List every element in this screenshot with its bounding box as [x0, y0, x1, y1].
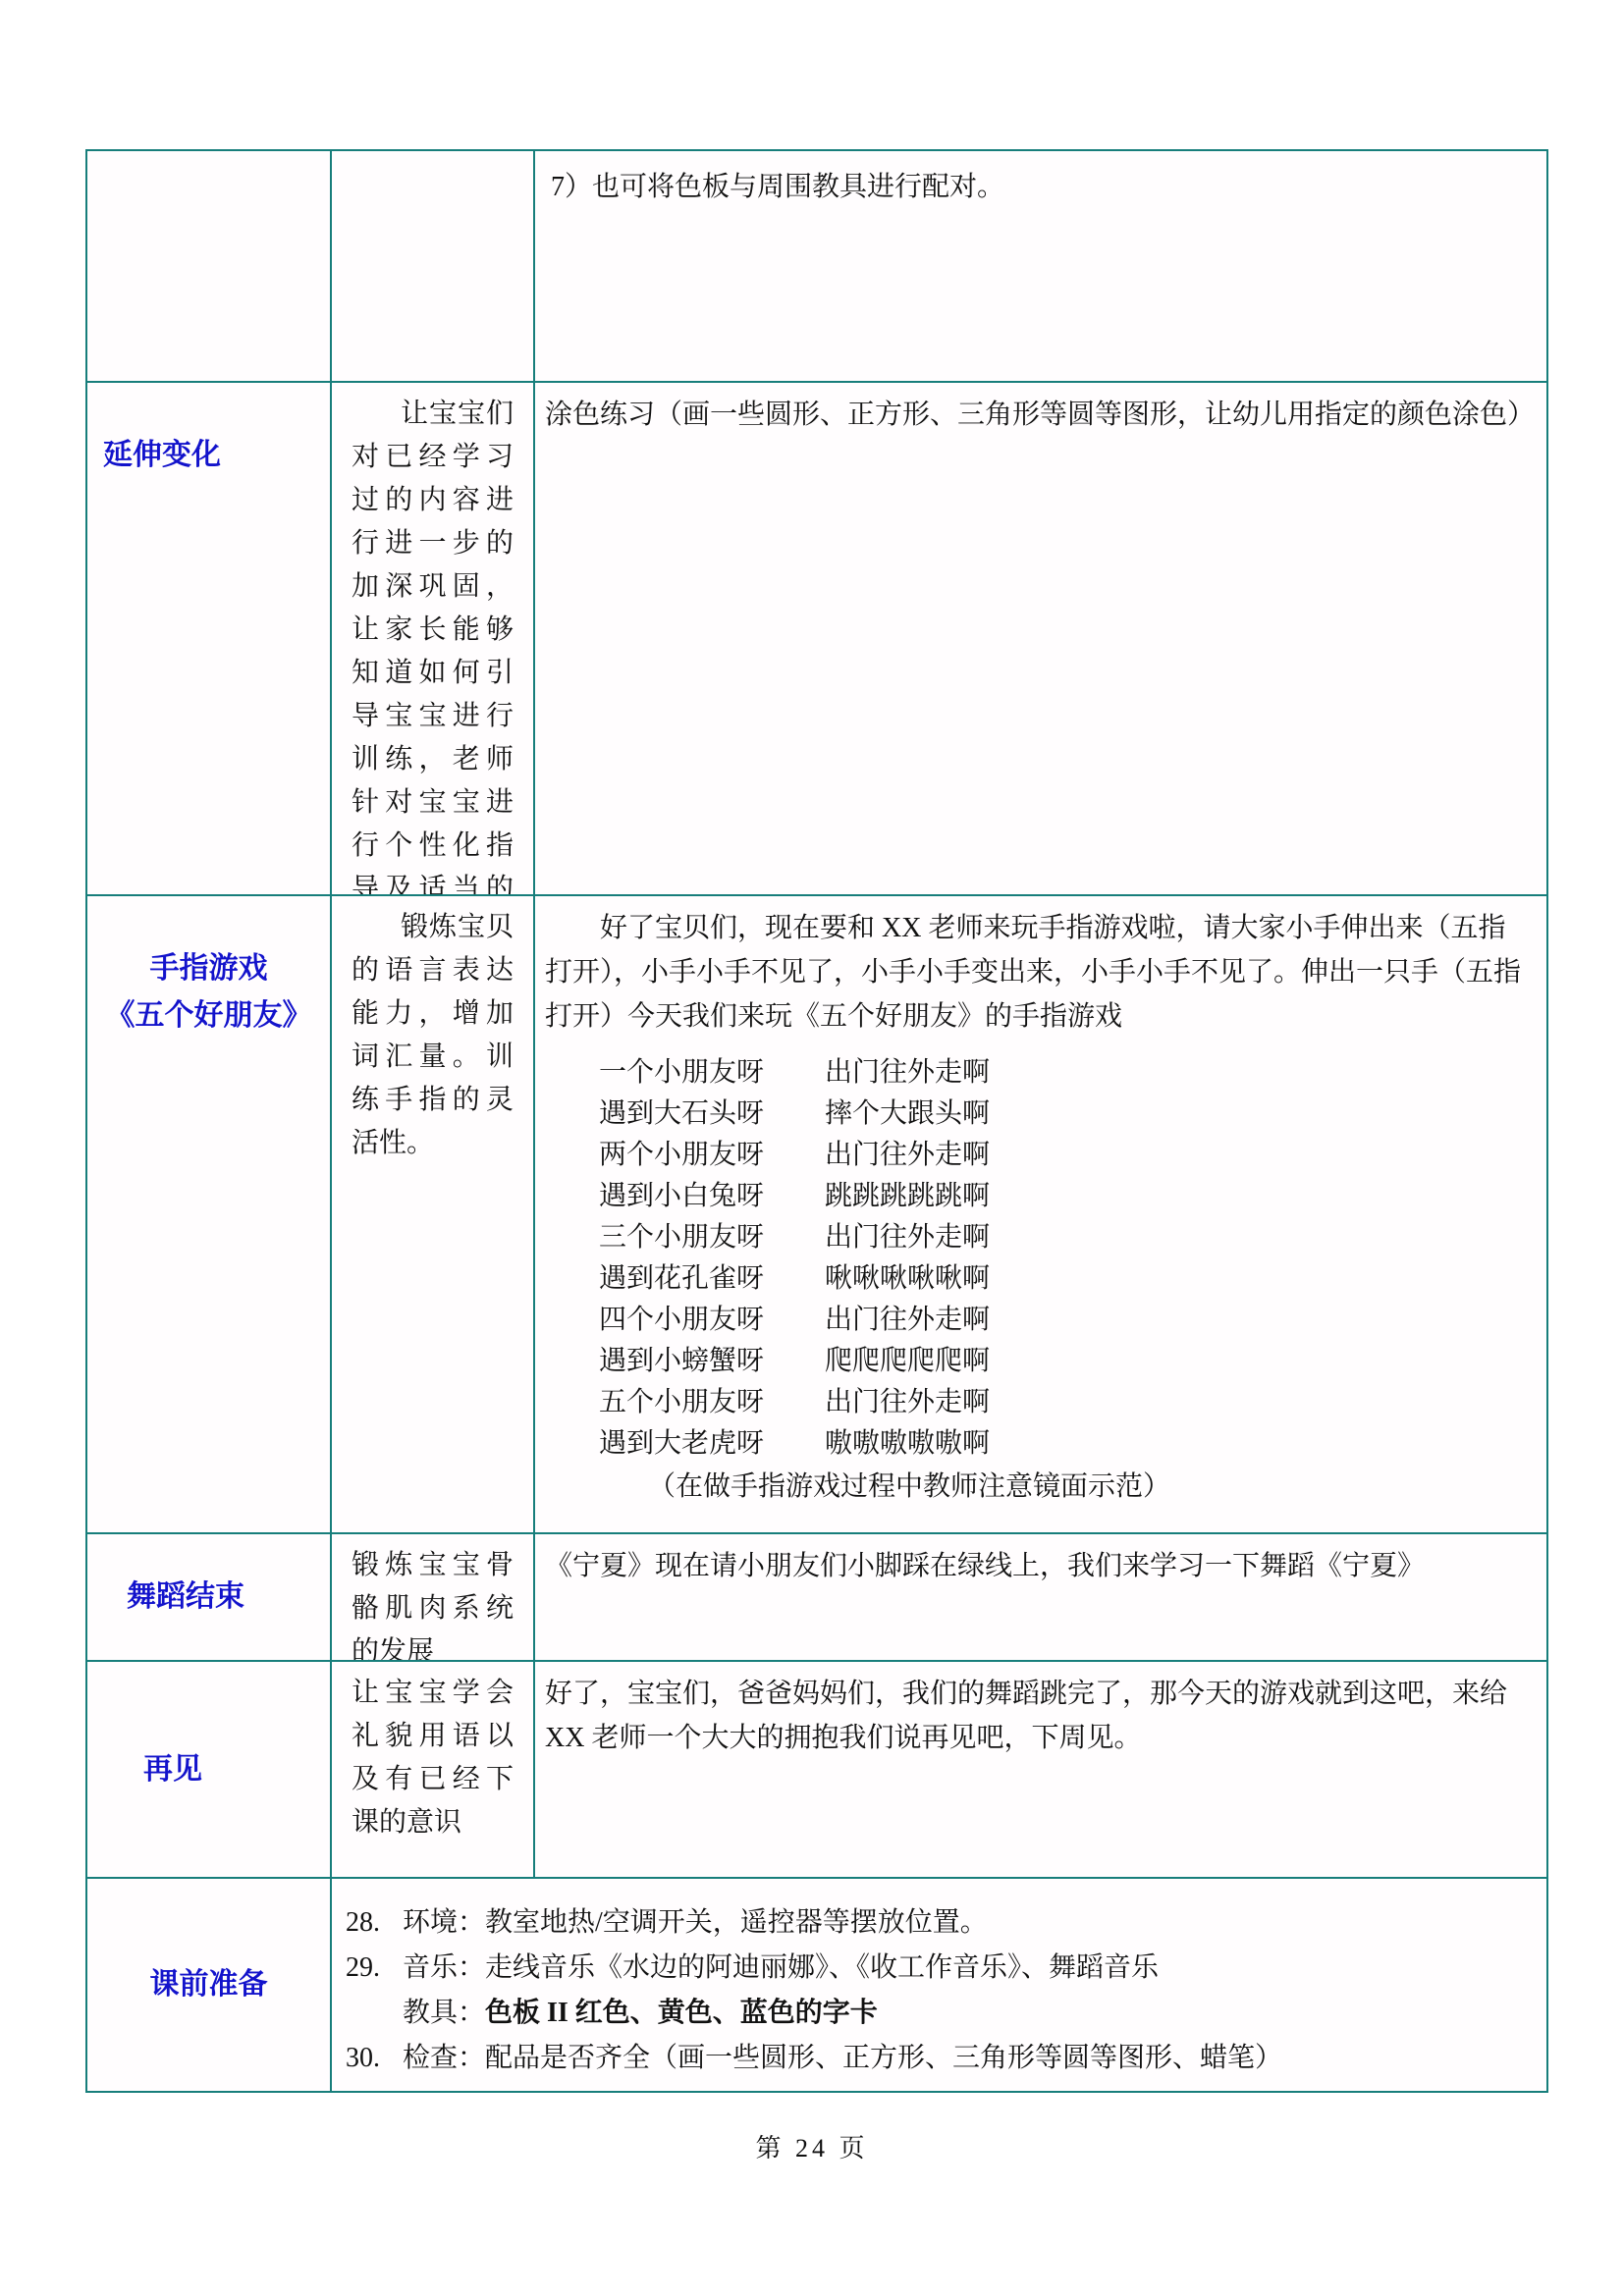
- row-preparation-label: 课前准备: [150, 1961, 268, 2008]
- rhyme-call: 遇到小白兔呀: [599, 1176, 825, 1217]
- rhyme-line: 两个小朋友呀 出门往外走啊: [545, 1135, 1533, 1176]
- row-extension-purpose: 让宝宝们对已经学习过的内容进行进一步的加深巩固，让家长能够知道如何引导宝宝进行训…: [352, 399, 514, 896]
- row-goodbye-label: 再见: [143, 1746, 202, 1793]
- row-goodbye-label-cell: 再见: [87, 1662, 332, 1879]
- rhyme-call: 一个小朋友呀: [599, 1052, 825, 1094]
- rhyme-response: 出门往外走啊: [825, 1382, 990, 1423]
- rhyme-call: 四个小朋友呀: [599, 1300, 825, 1341]
- rhyme-call: 遇到大石头呀: [599, 1094, 825, 1135]
- rhyme-call: 遇到大老虎呀: [599, 1423, 825, 1465]
- rhyme-call: 三个小朋友呀: [599, 1217, 825, 1258]
- rhyme-call: 五个小朋友呀: [599, 1382, 825, 1423]
- lesson-plan-page: 7）也可将色板与周围教具进行配对。 延伸变化 让宝宝们对已经学习过的内容进行进一…: [0, 0, 1624, 2296]
- row-dance-end-content: 《宁夏》现在请小朋友们小脚踩在绿线上，我们来学习一下舞蹈《宁夏》: [545, 1544, 1533, 1588]
- row-dance-end-purpose: 锻炼宝宝骨骼肌肉系统的发展: [352, 1550, 514, 1662]
- prep-item-check: 30. 检查：配品是否齐全（画一些圆形、正方形、三角形等圆等图形、蜡笔）: [346, 2036, 1533, 2081]
- finger-game-note: （在做手指游戏过程中教师注意镜面示范）: [545, 1467, 1533, 1508]
- prep-item-teaching-aids: 教具：色板 II 红色、黄色、蓝色的字卡: [346, 1991, 1533, 2036]
- rhyme-response: 出门往外走啊: [825, 1135, 990, 1176]
- row-finger-game-label-line2: 《五个好朋友》: [87, 992, 330, 1040]
- prep-item-text: 环境：教室地热/空调开关，遥控器等摆放位置。: [403, 1900, 988, 1946]
- row-preparation-label-cell: 课前准备: [87, 1879, 332, 2091]
- row-preparation-content-cell: 28. 环境：教室地热/空调开关，遥控器等摆放位置。 29. 音乐：走线音乐《水…: [332, 1879, 1546, 2091]
- row-finger-game-label-line1: 手指游戏: [87, 945, 330, 992]
- rhyme-response: 出门往外走啊: [825, 1217, 990, 1258]
- rhyme-response: 爬爬爬爬爬啊: [825, 1341, 990, 1382]
- row-dance-end-content-cell: 《宁夏》现在请小朋友们小脚踩在绿线上，我们来学习一下舞蹈《宁夏》: [535, 1534, 1546, 1662]
- prep-item-music: 29. 音乐：走线音乐《水边的阿迪丽娜》、《收工作音乐》、舞蹈音乐: [346, 1946, 1533, 1991]
- row-goodbye-content-cell: 好了，宝宝们，爸爸妈妈们，我们的舞蹈跳完了，那今天的游戏就到这吧，来给 XX 老…: [535, 1662, 1546, 1879]
- row-goodbye-purpose: 让宝宝学会礼貌用语以及有已经下课的意识: [352, 1678, 514, 1838]
- rhyme-line: 遇到花孔雀呀 啾啾啾啾啾啊: [545, 1258, 1533, 1300]
- row-finger-game-purpose-cell: 锻炼宝贝的语言表达能力，增加词汇量。训练手指的灵活性。: [332, 896, 535, 1534]
- row-extension-content: 涂色练习（画一些圆形、正方形、三角形等圆等图形，让幼儿用指定的颜色涂色）: [545, 393, 1533, 437]
- finger-game-rhyme: 一个小朋友呀 出门往外走啊 遇到大石头呀 摔个大跟头啊 两个小朋友呀 出门往外走…: [545, 1052, 1533, 1465]
- rhyme-response: 出门往外走啊: [825, 1300, 990, 1341]
- row-extension-label-cell: 延伸变化: [87, 383, 332, 896]
- row-extension-label: 延伸变化: [103, 439, 221, 471]
- rhyme-call: 两个小朋友呀: [599, 1135, 825, 1176]
- prep-item-text: 音乐：走线音乐《水边的阿迪丽娜》、《收工作音乐》、舞蹈音乐: [403, 1946, 1159, 1991]
- row-dance-end-label: 舞蹈结束: [127, 1574, 244, 1621]
- rhyme-response: 啾啾啾啾啾啊: [825, 1258, 990, 1300]
- row-goodbye-content: 好了，宝宝们，爸爸妈妈们，我们的舞蹈跳完了，那今天的游戏就到这吧，来给 XX 老…: [545, 1672, 1533, 1760]
- row-continuation-label-cell: [87, 151, 332, 383]
- row-finger-game-content-cell: 好了宝贝们，现在要和 XX 老师来玩手指游戏啦，请大家小手伸出来（五指打开），小…: [535, 896, 1546, 1534]
- rhyme-response: 出门往外走啊: [825, 1052, 990, 1094]
- row-goodbye-purpose-cell: 让宝宝学会礼貌用语以及有已经下课的意识: [332, 1662, 535, 1879]
- prep-item-text: 检查：配品是否齐全（画一些圆形、正方形、三角形等圆等图形、蜡笔）: [403, 2036, 1282, 2081]
- rhyme-response: 跳跳跳跳跳啊: [825, 1176, 990, 1217]
- rhyme-call: 遇到小螃蟹呀: [599, 1341, 825, 1382]
- row-extension-purpose-cell: 让宝宝们对已经学习过的内容进行进一步的加深巩固，让家长能够知道如何引导宝宝进行训…: [332, 383, 535, 896]
- prep-item-text: 教具：色板 II 红色、黄色、蓝色的字卡: [403, 1991, 878, 2036]
- page-number: 第 24 页: [0, 2128, 1624, 2164]
- rhyme-line: 三个小朋友呀 出门往外走啊: [545, 1217, 1533, 1258]
- rhyme-line: 五个小朋友呀 出门往外走啊: [545, 1382, 1533, 1423]
- prep-bold-text: 色板 II 红色、黄色、蓝色的字卡: [485, 1998, 878, 2028]
- prep-item-number: 30.: [346, 2036, 403, 2081]
- rhyme-line: 遇到大石头呀 摔个大跟头啊: [545, 1094, 1533, 1135]
- rhyme-line: 四个小朋友呀 出门往外走啊: [545, 1300, 1533, 1341]
- row-extension-content-cell: 涂色练习（画一些圆形、正方形、三角形等圆等图形，让幼儿用指定的颜色涂色）: [535, 383, 1546, 896]
- rhyme-line: 遇到小螃蟹呀 爬爬爬爬爬啊: [545, 1341, 1533, 1382]
- row-finger-game-purpose: 锻炼宝贝的语言表达能力，增加词汇量。训练手指的灵活性。: [352, 912, 514, 1158]
- prep-item-environment: 28. 环境：教室地热/空调开关，遥控器等摆放位置。: [346, 1900, 1533, 1946]
- rhyme-response: 嗷嗷嗷嗷嗷啊: [825, 1423, 990, 1465]
- finger-game-intro: 好了宝贝们，现在要和 XX 老师来玩手指游戏啦，请大家小手伸出来（五指打开），小…: [545, 906, 1533, 1039]
- rhyme-line: 遇到小白兔呀 跳跳跳跳跳啊: [545, 1176, 1533, 1217]
- prep-item-number: 29.: [346, 1946, 403, 1991]
- prep-item-number: [346, 1991, 403, 2036]
- prep-item-number: 28.: [346, 1900, 403, 1946]
- rhyme-line: 一个小朋友呀 出门往外走啊: [545, 1052, 1533, 1094]
- row-dance-end-label-cell: 舞蹈结束: [87, 1534, 332, 1662]
- row-finger-game-label-cell: 手指游戏 《五个好朋友》: [87, 896, 332, 1534]
- lesson-plan-table: 7）也可将色板与周围教具进行配对。 延伸变化 让宝宝们对已经学习过的内容进行进一…: [85, 149, 1548, 2093]
- rhyme-call: 遇到花孔雀呀: [599, 1258, 825, 1300]
- row-continuation-purpose-cell: [332, 151, 535, 383]
- row-continuation-content-cell: 7）也可将色板与周围教具进行配对。: [535, 151, 1546, 383]
- rhyme-response: 摔个大跟头啊: [825, 1094, 990, 1135]
- continuation-text: 7）也可将色板与周围教具进行配对。: [551, 165, 1533, 209]
- rhyme-line: 遇到大老虎呀 嗷嗷嗷嗷嗷啊: [545, 1423, 1533, 1465]
- row-dance-end-purpose-cell: 锻炼宝宝骨骼肌肉系统的发展: [332, 1534, 535, 1662]
